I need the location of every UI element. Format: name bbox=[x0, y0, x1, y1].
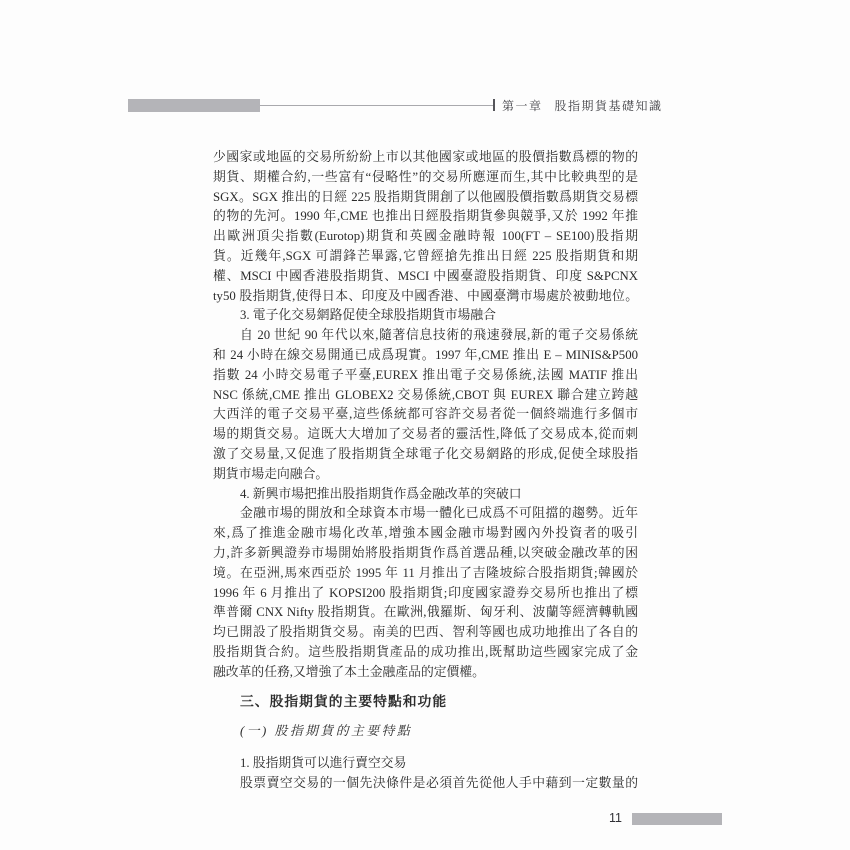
text-line: 激了交易量,又促進了股指期貨全球電子化交易網路的形成,促使全球股指 bbox=[213, 445, 638, 465]
text-line: 來,爲了推進金融市場化改革,增強本國金融市場對國內外投資者的吸引 bbox=[213, 524, 638, 544]
text-line: 境。在亞洲,馬來西亞於 1995 年 11 月推出了吉隆坡綜合股指期貨;韓國於 bbox=[213, 564, 638, 584]
header-decoration-bar bbox=[128, 99, 260, 112]
numbered-heading: 4. 新興市場把推出股指期貨作爲金融改革的突破口 bbox=[213, 485, 638, 505]
text-line: 均已開設了股指期貨交易。南美的巴西、智利等國也成功地推出了各自的 bbox=[213, 623, 638, 643]
chapter-title: 股指期貨基礎知識 bbox=[555, 99, 663, 113]
text-line: 期貨、期權合約,一些富有“侵略性”的交易所應運而生,其中比較典型的是 bbox=[213, 168, 638, 188]
text-line: 力,許多新興證券市場開始將股指期貨作爲首選品種,以突破金融改革的困 bbox=[213, 544, 638, 564]
text-line: 金融市場的開放和全球資本市場一體化已成爲不可阻擋的趨勢。近年 bbox=[213, 504, 638, 524]
text-line: SGX。SGX 推出的日經 225 股指期貨開創了以他國股價指數爲期貨交易標 bbox=[213, 188, 638, 208]
text-line: 股指期貨合約。這些股指期貨產品的成功推出,既幫助這些國家完成了金 bbox=[213, 643, 638, 663]
page-body: 少國家或地區的交易所紛紛上市以其他國家或地區的股價指數爲標的物的 期貨、期權合約… bbox=[213, 148, 638, 794]
text-line: 權、MSCI 中國香港股指期貨、MSCI 中國臺證股指期貨、印度 S&PCNX … bbox=[213, 267, 638, 287]
text-line: 準普爾 CNX Nifty 股指期貨。在歐洲,俄羅斯、匈牙利、波蘭等經濟轉軌國家 bbox=[213, 603, 638, 623]
text-line: 場的期貨交易。這既大大增加了交易者的靈活性,降低了交易成本,從而刺 bbox=[213, 425, 638, 445]
footer-decoration-bar bbox=[632, 813, 722, 825]
text-line: 融改革的任務,又增強了本土金融產品的定價權。 bbox=[213, 663, 638, 683]
text-line: 出歐洲頂尖指數(Eurotop)期貨和英國金融時報 100(FT – SE100… bbox=[213, 227, 638, 247]
section-heading: 三、股指期貨的主要特點和功能 bbox=[213, 692, 638, 712]
text-line: ty50 股指期貨,使得日本、印度及中國香港、中國臺灣市場處於被動地位。 bbox=[213, 287, 638, 307]
sub-heading: (一) 股指期貨的主要特點 bbox=[213, 722, 638, 742]
text-line: 少國家或地區的交易所紛紛上市以其他國家或地區的股價指數爲標的物的 bbox=[213, 148, 638, 168]
text-line: 指數 24 小時交易電子平臺,EUREX 推出電子交易係統,法國 MATIF 推… bbox=[213, 366, 638, 386]
text-line: 1996 年 6 月推出了 KOPSI200 股指期貨;印度國家證券交易所也推出… bbox=[213, 584, 638, 604]
text-line: 股票賣空交易的一個先決條件是必須首先從他人手中藉到一定數量的 bbox=[213, 774, 638, 794]
text-line: 大西洋的電子交易平臺,這些係統都可容許交易者從一個終端進行多個市 bbox=[213, 405, 638, 425]
text-line: 期貨市場走向融合。 bbox=[213, 465, 638, 485]
page-number: 11 bbox=[560, 810, 622, 826]
text-line: 的物的先河。1990 年,CME 也推出日經股指期貨參與競爭,又於 1992 年… bbox=[213, 207, 638, 227]
numbered-item: 1. 股指期貨可以進行賣空交易 bbox=[213, 754, 638, 774]
text-line: NSC 係統,CME 推出 GLOBEX2 交易係統,CBOT 與 EUREX … bbox=[213, 386, 638, 406]
text-line: 貨。近幾年,SGX 可謂鋒芒畢露,它曾經搶先推出日經 225 股指期貨和期 bbox=[213, 247, 638, 267]
numbered-heading: 3. 電子化交易網路促使全球股指期貨市場融合 bbox=[213, 306, 638, 326]
text-line: 自 20 世紀 90 年代以來,隨著信息技術的飛速發展,新的電子交易係統 bbox=[213, 326, 638, 346]
running-header: 第一章股指期貨基礎知識 bbox=[502, 98, 702, 114]
text-line: 和 24 小時在線交易開通已成爲現實。1997 年,CME 推出 E – MIN… bbox=[213, 346, 638, 366]
chapter-label: 第一章 bbox=[502, 99, 543, 113]
header-rule-line bbox=[260, 105, 493, 106]
header-tick-divider bbox=[493, 99, 495, 111]
